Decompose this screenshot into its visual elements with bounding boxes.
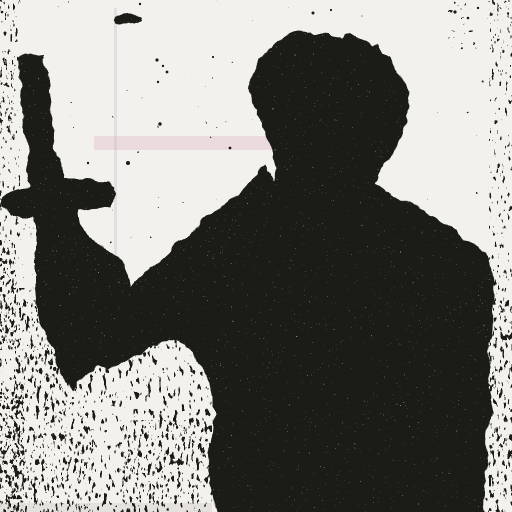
speck-dot — [330, 9, 332, 11]
speck-dot — [453, 10, 456, 13]
speck-dot — [477, 7, 479, 9]
white-speck-overlay — [0, 0, 512, 512]
speck-dot — [155, 58, 158, 61]
speck-dot — [229, 147, 232, 150]
speck-dot — [157, 81, 159, 83]
speck-dot — [1, 11, 4, 14]
speck-dot — [467, 17, 470, 20]
speck-dot — [312, 12, 315, 15]
speck-dot — [87, 162, 89, 164]
speck-dot — [162, 65, 164, 67]
photo-svg — [0, 0, 512, 512]
speck-dot — [166, 71, 169, 74]
speck-dot — [4, 32, 7, 35]
photocopied-photo — [0, 0, 512, 512]
speck-dot — [212, 56, 214, 58]
speck-dot — [158, 122, 161, 125]
speck-dot — [139, 3, 141, 5]
speck-dot — [126, 161, 130, 165]
